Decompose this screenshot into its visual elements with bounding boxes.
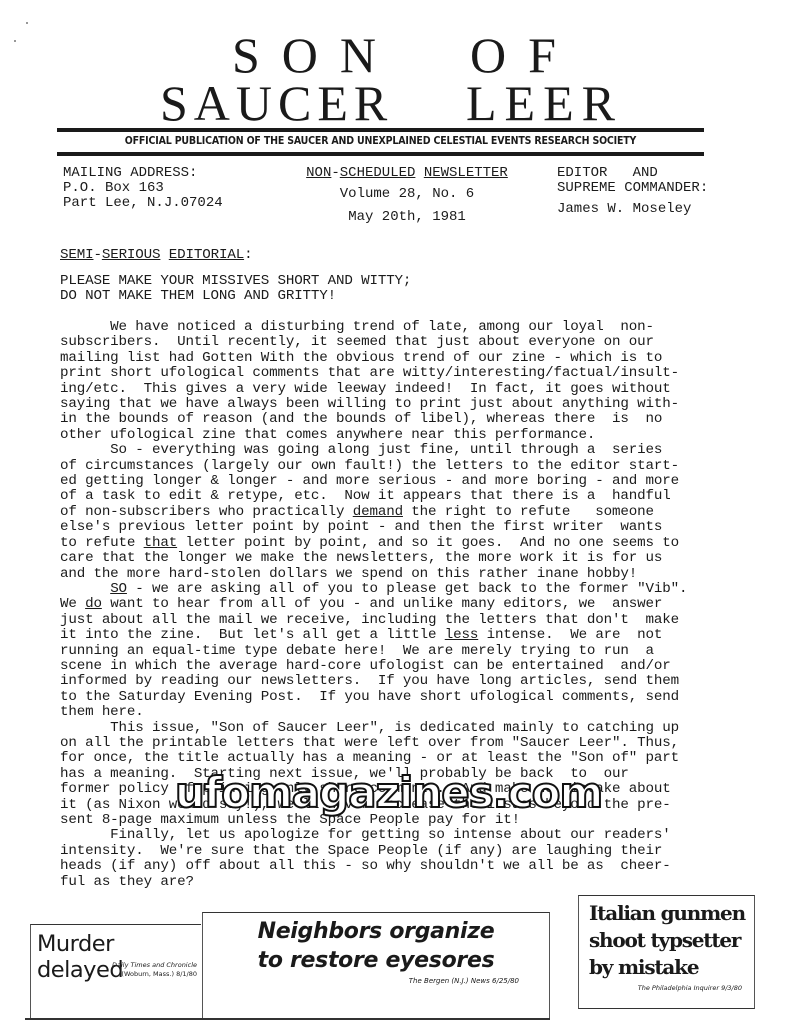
editor-name: James W. Moseley [557, 202, 708, 217]
newsletter-type-part [415, 165, 423, 181]
editorial-line: other ufological zine that comes anywher… [60, 428, 760, 443]
editor-info: EDITOR AND SUPREME COMMANDER:James W. Mo… [557, 166, 708, 217]
clipping-source: The Bergen (N.J.) News 6/25/80 [409, 977, 519, 985]
slogan-line1: PLEASE MAKE YOUR MISSIVES SHORT AND WITT… [60, 273, 411, 289]
editorial-line: and the more hard-stolen dollars we spen… [60, 567, 760, 582]
clippings-baseline [25, 1018, 550, 1020]
newsletter-type-part: NON [306, 165, 331, 181]
masthead-subtitle: OFFICIAL PUBLICATION OF THE SAUCER AND U… [89, 135, 671, 147]
editorial-line: care that the longer we make the newslet… [60, 551, 760, 566]
editorial-line: This issue, "Son of Saucer Leer", is ded… [60, 721, 760, 736]
editorial-line: We have noticed a disturbing trend of la… [60, 320, 760, 335]
mailing-address: MAILING ADDRESS: P.O. Box 163 Part Lee, … [63, 166, 223, 211]
editorial-heading: SEMI-SERIOUS EDITORIAL: [60, 248, 760, 263]
editorial-line: intensity. We're sure that the Space Peo… [60, 844, 760, 859]
title-of: OF [470, 30, 578, 80]
clipping-source-line2: (Woburn, Mass.) 8/1/80 [112, 970, 197, 979]
watermark: ufomagazines.com [175, 771, 602, 815]
newsletter-info: NON-SCHEDULED NEWSLETTERVolume 28, No. 6… [294, 166, 520, 225]
editorial-line: So - everything was going along just fin… [60, 443, 760, 458]
editorial-line: saying that we have always been willing … [60, 397, 760, 412]
editorial-line: else's previous letter point by point - … [60, 520, 760, 535]
mailing-line2: Part Lee, N.J.07024 [63, 195, 223, 211]
mailing-label: MAILING ADDRESS: [63, 165, 197, 181]
clipping-headline-line2: shoot typsetter [589, 927, 745, 954]
scan-speck [14, 40, 16, 42]
title-son: SON [232, 30, 398, 80]
clipping-headline-line1: Italian gunmen [589, 900, 745, 927]
clipping-headline: Neighbors organize to restore eyesores [203, 917, 549, 975]
editorial-line: We do want to hear from all of you - and… [60, 597, 760, 612]
editorial-line: ed getting longer & longer - and more se… [60, 474, 760, 489]
editorial-line: mailing list had Gotten With the obvious… [60, 351, 760, 366]
editorial-line: SO - we are asking all of you to please … [60, 582, 760, 597]
editorial-line: subscribers. Until recently, it seemed t… [60, 335, 760, 350]
volume-number: Volume 28, No. 6 [294, 187, 520, 202]
editorial-line: to the Saturday Evening Post. If you hav… [60, 690, 760, 705]
heading-part [160, 247, 168, 263]
clipping-headline-line1: Neighbors organize [203, 917, 549, 946]
clipping-source: The Philadelphia Inquirer 9/3/80 [638, 984, 742, 992]
newsletter-type-part: NEWSLETTER [424, 165, 508, 181]
heading-part: SERIOUS [102, 247, 161, 263]
editorial-line: on all the printable letters that were l… [60, 736, 760, 751]
editorial-line: running an equal-time type debate here! … [60, 644, 760, 659]
editorial-line: to refute that letter point by point, an… [60, 536, 760, 551]
clipping-headline: Italian gunmen shoot typsetter by mistak… [589, 900, 745, 981]
newsletter-type-part: SCHEDULED [340, 165, 416, 181]
newsletter-type-part: - [331, 165, 339, 181]
editorial-line: it into the zine. But let's all get a li… [60, 628, 760, 643]
editorial-line: of circumstances (largely our own fault!… [60, 459, 760, 474]
masthead-rule-bottom [57, 152, 704, 156]
editorial-line: for once, the title actually has a meani… [60, 751, 760, 766]
clipping-source: Daily Times and Chronicle (Woburn, Mass.… [112, 961, 197, 979]
editorial-line: print short ufological comments that are… [60, 366, 760, 381]
editorial-line: scene in which the average hard-core ufo… [60, 659, 760, 674]
newsletter-type: NON-SCHEDULED NEWSLETTER [306, 165, 508, 181]
clipping-murder-delayed: Murder delayed Daily Times and Chronicle… [30, 924, 201, 1020]
slogan-line2: DO NOT MAKE THEM LONG AND GRITTY! [60, 288, 336, 304]
clipping-italian-gunmen: Italian gunmen shoot typsetter by mistak… [578, 895, 755, 1009]
scan-speck [26, 22, 28, 24]
editor-label-line2: SUPREME COMMANDER: [557, 180, 708, 196]
editorial-line: in the bounds of reason (and the bounds … [60, 412, 760, 427]
heading-part: - [93, 247, 101, 263]
clipping-headline-line3: by mistake [589, 954, 745, 981]
editorial-line: heads (if any) off about all this - so w… [60, 859, 760, 874]
title-leer: LEER [466, 78, 623, 128]
editorial-line: informed by reading our newsletters. If … [60, 674, 760, 689]
clipping-neighbors-organize: Neighbors organize to restore eyesores T… [202, 912, 550, 1020]
masthead-rule-top [57, 128, 704, 132]
mailing-line1: P.O. Box 163 [63, 180, 164, 196]
clipping-source-line1: Daily Times and Chronicle [112, 961, 197, 970]
editorial-line: of a task to edit & retype, etc. Now it … [60, 489, 760, 504]
heading-part: EDITORIAL [169, 247, 244, 263]
clipping-headline-line2: to restore eyesores [203, 946, 549, 975]
editorial-line: Finally, let us apologize for getting so… [60, 828, 760, 843]
heading-part: SEMI [60, 247, 93, 263]
editorial-line: ful as they are? [60, 875, 760, 890]
editorial-line: ing/etc. This gives a very wide leeway i… [60, 382, 760, 397]
issue-date: May 20th, 1981 [294, 210, 520, 225]
editorial-slogan: PLEASE MAKE YOUR MISSIVES SHORT AND WITT… [60, 274, 760, 305]
editorial-line: just about all the mail we receive, incl… [60, 613, 760, 628]
heading-part: : [244, 247, 252, 263]
editorial-line: them here. [60, 705, 760, 720]
editor-label-line1: EDITOR AND [557, 165, 658, 181]
editorial-line: of non-subscribers who practically deman… [60, 505, 760, 520]
title-saucer: SAUCER [160, 78, 393, 128]
